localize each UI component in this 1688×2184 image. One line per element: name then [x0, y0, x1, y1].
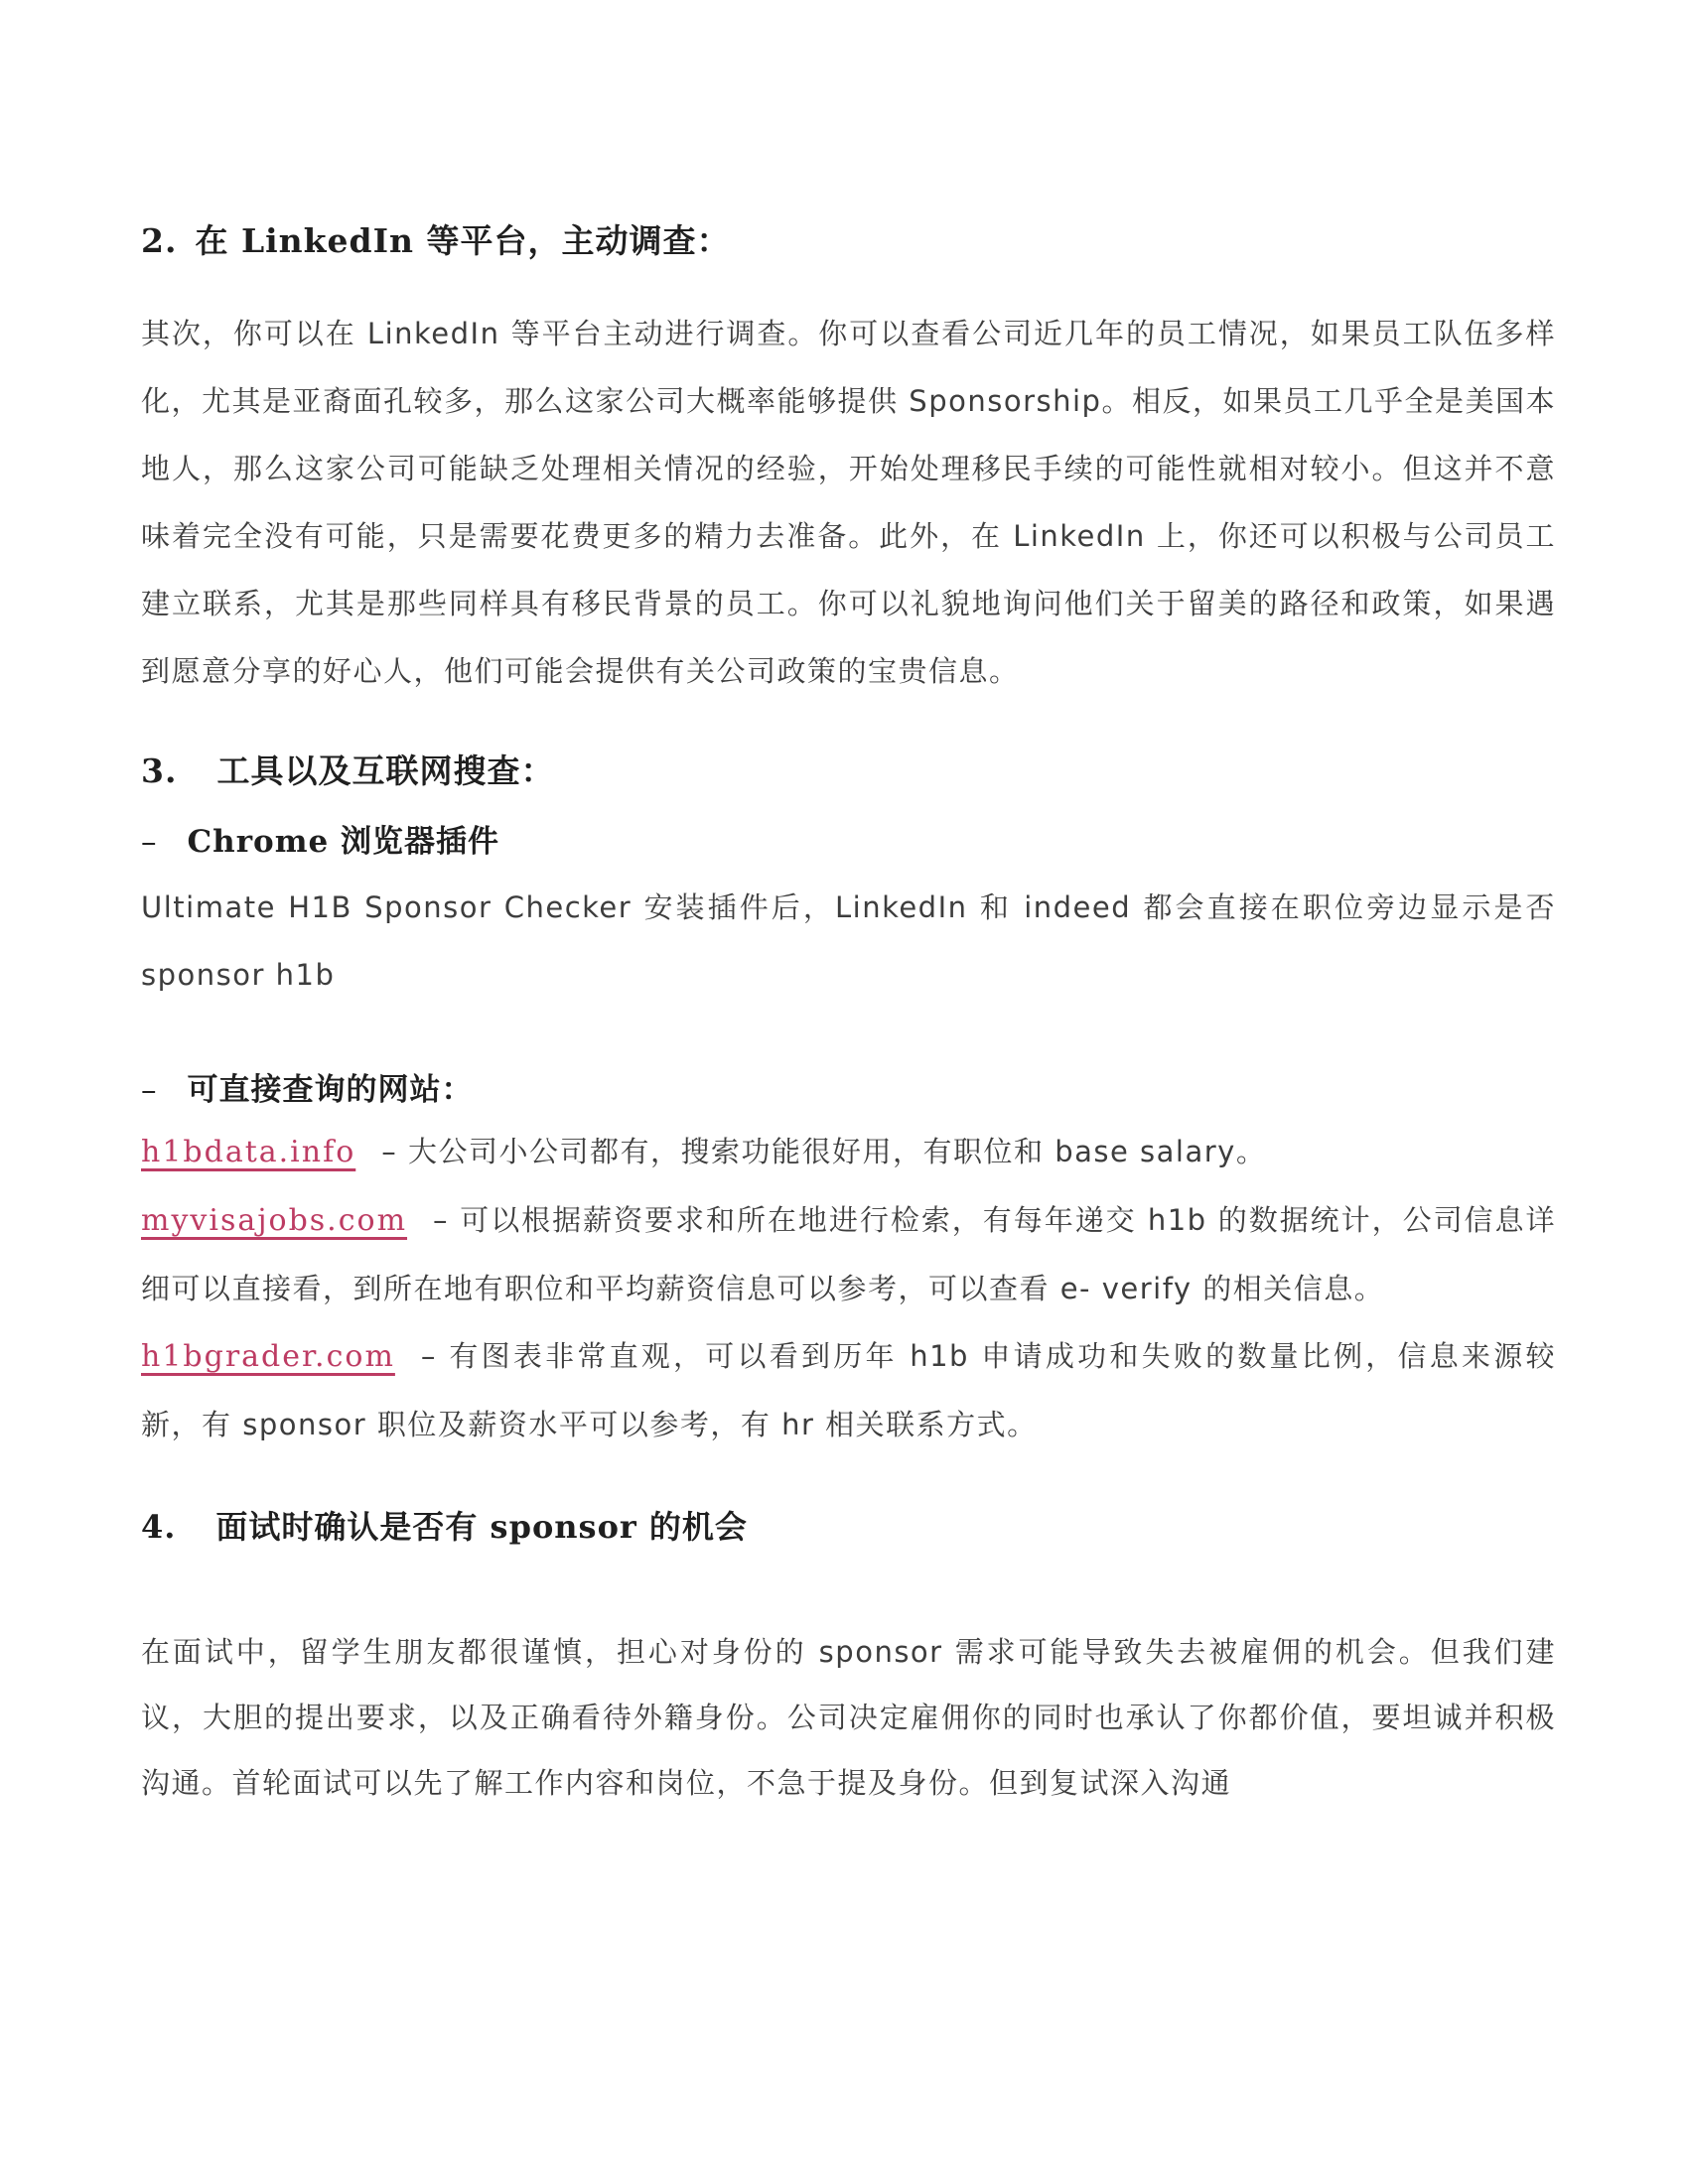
document-page: 2.在 LinkedIn 等平台，主动调查： 其次，你可以在 LinkedIn … [0, 0, 1688, 2184]
chrome-plugin-paragraph: Ultimate H1B Sponsor Checker 安装插件后，Linke… [141, 874, 1556, 1009]
websites-title: 可直接查询的网站： [188, 1072, 474, 1108]
chrome-plugin-title: Chrome 浏览器插件 [188, 824, 500, 860]
chrome-plugin-subheading: –Chrome 浏览器插件 [141, 822, 1556, 862]
h1bdata-description: – 大公司小公司都有，搜索功能很好用，有职位和 base salary。 [381, 1135, 1266, 1168]
dash-glyph: – [141, 1072, 158, 1108]
websites-list: h1bdata.info– 大公司小公司都有，搜索功能很好用，有职位和 base… [141, 1118, 1556, 1458]
website-item-myvisajobs: myvisajobs.com– 可以根据薪资要求和所在地进行检索，有每年递交 h… [141, 1186, 1556, 1322]
website-item-h1bdata: h1bdata.info– 大公司小公司都有，搜索功能很好用，有职位和 base… [141, 1118, 1556, 1186]
websites-subheading: –可直接查询的网站： [141, 1070, 1556, 1110]
myvisajobs-link[interactable]: myvisajobs.com [141, 1203, 407, 1238]
section2-number: 2. [141, 221, 177, 260]
section2-heading: 2.在 LinkedIn 等平台，主动调查： [141, 220, 1556, 262]
section4-number: 4. [141, 1508, 176, 1546]
section3-title: 工具以及互联网搜查： [216, 751, 554, 790]
section3-heading: 3.工具以及互联网搜查： [141, 751, 1556, 792]
h1bdata-link[interactable]: h1bdata.info [141, 1135, 355, 1169]
section4-title: 面试时确认是否有 sponsor 的机会 [215, 1508, 748, 1546]
section2-paragraph: 其次，你可以在 LinkedIn 等平台主动进行调查。你可以查看公司近几年的员工… [141, 300, 1556, 705]
section4-heading: 4.面试时确认是否有 sponsor 的机会 [141, 1506, 1556, 1548]
section3-number: 3. [141, 751, 177, 790]
section2-title: 在 LinkedIn 等平台，主动调查： [195, 221, 730, 260]
website-item-h1bgrader: h1bgrader.com– 有图表非常直观，可以看到历年 h1b 申请成功和失… [141, 1322, 1556, 1458]
h1bgrader-link[interactable]: h1bgrader.com [141, 1339, 395, 1374]
section4-paragraph: 在面试中，留学生朋友都很谨慎，担心对身份的 sponsor 需求可能导致失去被雇… [141, 1619, 1556, 1816]
dash-glyph: – [141, 824, 158, 860]
